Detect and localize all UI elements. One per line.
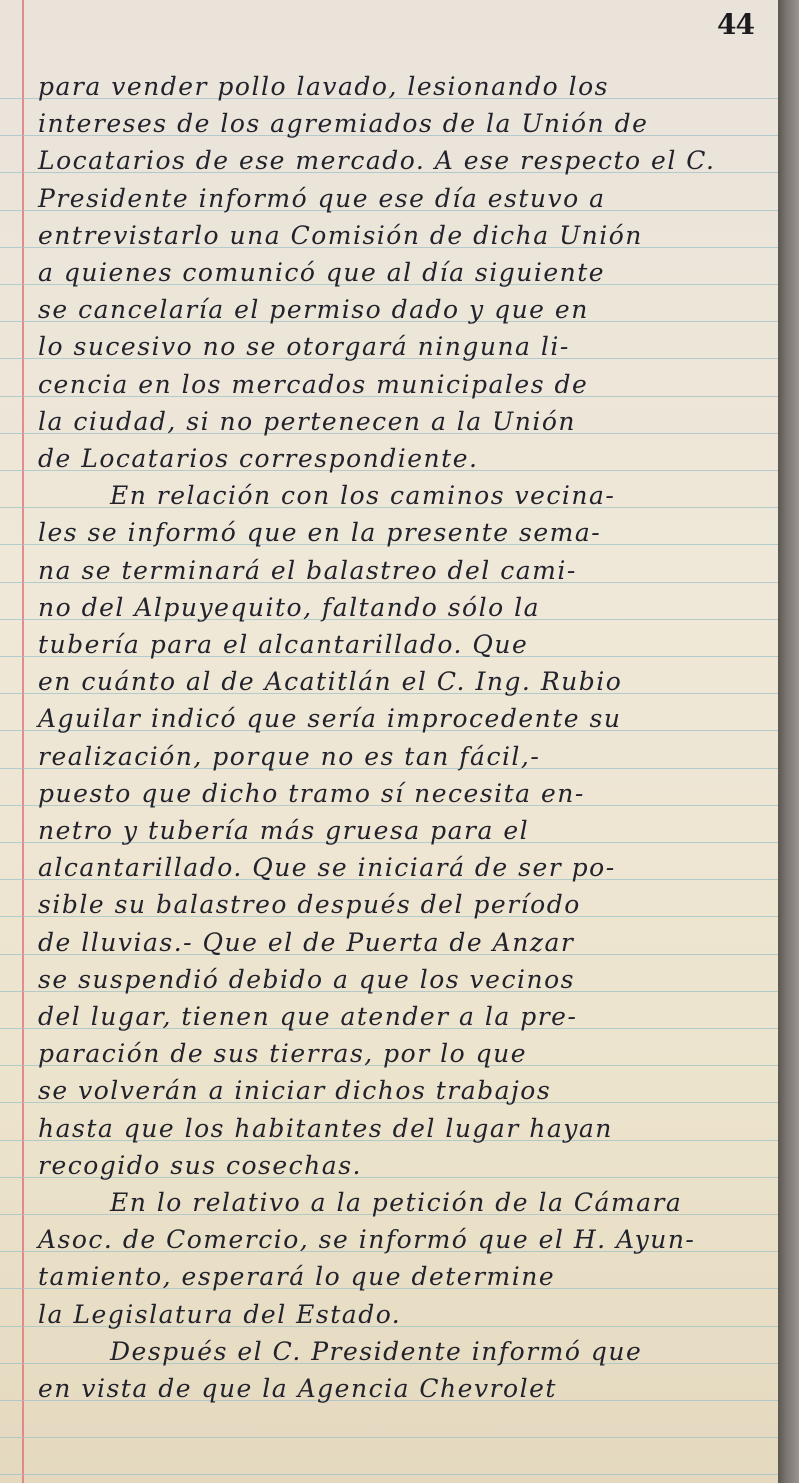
text-line: no del Alpuyequito, faltando sólo la (38, 593, 540, 633)
text-line: de Locatarios correspondiente. (38, 444, 478, 484)
paragraph-start-line: En lo relativo a la petición de la Cámar… (38, 1188, 682, 1228)
text-line: cencia en los mercados municipales de (38, 370, 588, 410)
text-line: la ciudad, si no pertenecen a la Unión (38, 407, 576, 447)
red-margin-line (22, 0, 24, 1483)
rule-line (0, 1437, 778, 1438)
text-line: na se terminará el balastreo del cami- (38, 556, 577, 596)
text-line: lo sucesivo no se otorgará ninguna li- (38, 332, 570, 372)
text-line: de lluvias.- Que el de Puerta de Anzar (38, 928, 574, 968)
paragraph-start-line: En relación con los caminos vecina- (38, 481, 615, 521)
text-line: les se informó que en la presente sema- (38, 518, 601, 558)
text-line: realización, porque no es tan fácil,- (38, 742, 540, 782)
rule-line (0, 1474, 778, 1475)
text-line: sible su balastreo después del período (38, 890, 581, 930)
paragraph-start-line: Después el C. Presidente informó que (38, 1337, 642, 1377)
text-line: Asoc. de Comercio, se informó que el H. … (38, 1225, 695, 1265)
page-number: 44 (717, 8, 754, 41)
text-line: Aguilar indicó que sería improcedente su (38, 704, 621, 744)
text-line: del lugar, tienen que atender a la pre- (38, 1002, 577, 1042)
text-line: intereses de los agremiados de la Unión … (38, 109, 648, 149)
text-line: puesto que dicho tramo sí necesita en- (38, 779, 585, 819)
text-line: en cuánto al de Acatitlán el C. Ing. Rub… (38, 667, 622, 707)
text-line: paración de sus tierras, por lo que (38, 1039, 527, 1079)
text-line: recogido sus cosechas. (38, 1151, 362, 1191)
text-line: Presidente informó que ese día estuvo a (38, 184, 606, 224)
text-line: alcantarillado. Que se iniciará de ser p… (38, 853, 616, 893)
text-line: hasta que los habitantes del lugar hayan (38, 1114, 613, 1154)
text-line: se cancelaría el permiso dado y que en (38, 295, 589, 335)
text-line: entrevistarlo una Comisión de dicha Unió… (38, 221, 643, 261)
book-spine-edge (778, 0, 799, 1483)
text-line: para vender pollo lavado, lesionando los (38, 72, 609, 112)
text-line: en vista de que la Agencia Chevrolet (38, 1374, 557, 1414)
ledger-page: 44 para vender pollo lavado, lesionando … (0, 0, 778, 1483)
text-line: se suspendió debido a que los vecinos (38, 965, 575, 1005)
text-line: Locatarios de ese mercado. A ese respect… (38, 146, 715, 186)
text-line: se volverán a iniciar dichos trabajos (38, 1076, 551, 1116)
text-line: tamiento, esperará lo que determine (38, 1262, 555, 1302)
text-line: a quienes comunicó que al día siguiente (38, 258, 605, 298)
text-line: tubería para el alcantarillado. Que (38, 630, 528, 670)
text-line: la Legislatura del Estado. (38, 1300, 401, 1340)
text-line: netro y tubería más gruesa para el (38, 816, 529, 856)
